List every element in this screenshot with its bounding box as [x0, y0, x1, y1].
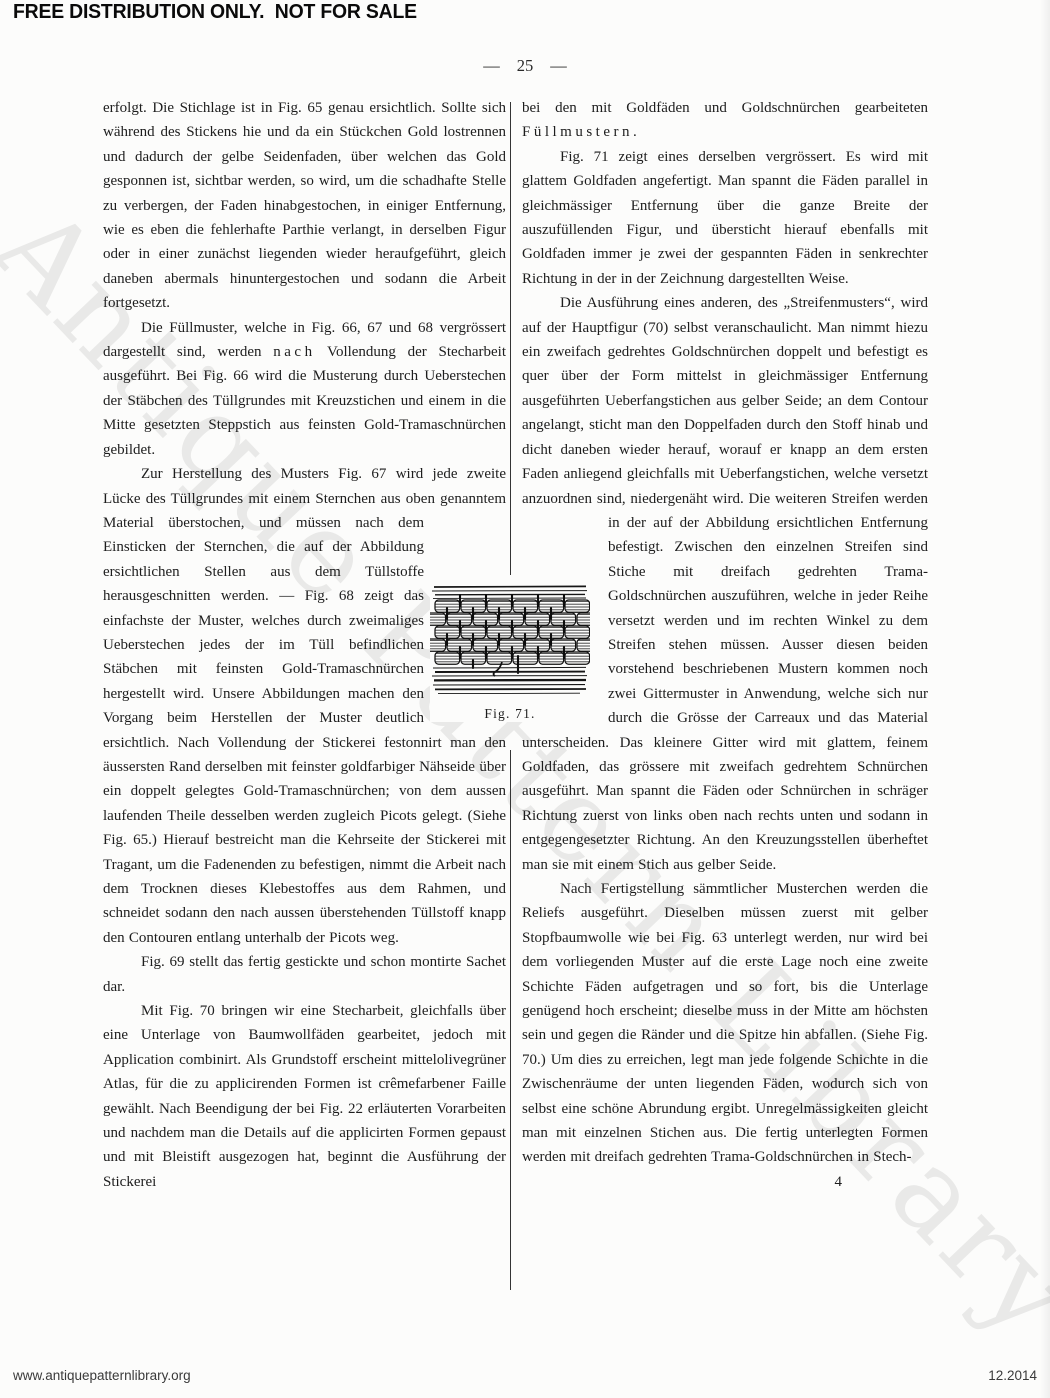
- footer-url: www.antiquepatternlibrary.org: [13, 1368, 191, 1383]
- page-number-dash-right: —: [550, 56, 567, 76]
- text-run: Die Ausführung eines anderen, des „Strei…: [522, 295, 928, 531]
- paragraph: Mit Fig. 70 bringen wir eine Stecharbeit…: [103, 999, 506, 1194]
- text-run: Vollendung der Stecharbeit ausgeführt. B…: [103, 344, 506, 458]
- text-run: bei den mit Goldfäden und Goldschnürchen…: [522, 100, 928, 116]
- column-divider: [510, 102, 511, 575]
- figure-caption: Fig. 71.: [430, 706, 590, 722]
- figure-71: Fig. 71.: [430, 582, 590, 722]
- text-run: Fig. 71 zeigt eines derselben vergrösser…: [522, 149, 928, 287]
- distribution-banner: FREE DISTRIBUTION ONLY. NOT FOR SALE: [13, 1, 417, 24]
- text-run: Mit Fig. 70 bringen wir eine Stecharbeit…: [103, 1003, 506, 1190]
- paragraph: Fig. 69 stellt das fertig gestickte und …: [103, 950, 506, 999]
- paragraph: Fig. 71 zeigt eines derselben vergrösser…: [522, 145, 928, 291]
- paragraph: bei den mit Goldfäden und Goldschnürchen…: [522, 96, 928, 145]
- scanned-page: Antique Pattern Library FREE DISTRIBUTIO…: [0, 0, 1050, 1398]
- brick-pattern-engraving-icon: [430, 582, 590, 697]
- page-footer: www.antiquepatternlibrary.org 12.2014: [13, 1368, 1037, 1383]
- text-run: erfolgt. Die Stichlage ist in Fig. 65 ge…: [103, 100, 506, 311]
- text-run: Nach Fertigstellung sämmtlicher Musterch…: [522, 881, 928, 1165]
- page-number-dash-left: —: [483, 56, 500, 76]
- page-number-value: 25: [517, 56, 534, 76]
- text-run: Fig. 69 stellt das fertig gestickte und …: [103, 954, 506, 994]
- paragraph: erfolgt. Die Stichlage ist in Fig. 65 ge…: [103, 96, 506, 316]
- letterspaced-word: Füllmustern.: [522, 124, 640, 140]
- column-divider: [510, 750, 511, 1290]
- paragraph: Nach Fertigstellung sämmtlicher Musterch…: [522, 877, 928, 1170]
- letterspaced-word: nach: [273, 344, 315, 360]
- footer-date: 12.2014: [988, 1368, 1037, 1383]
- signature-mark: 4: [522, 1170, 928, 1194]
- paragraph: Die Füllmuster, welche in Fig. 66, 67 un…: [103, 316, 506, 462]
- page-number: — 25 —: [0, 56, 1050, 76]
